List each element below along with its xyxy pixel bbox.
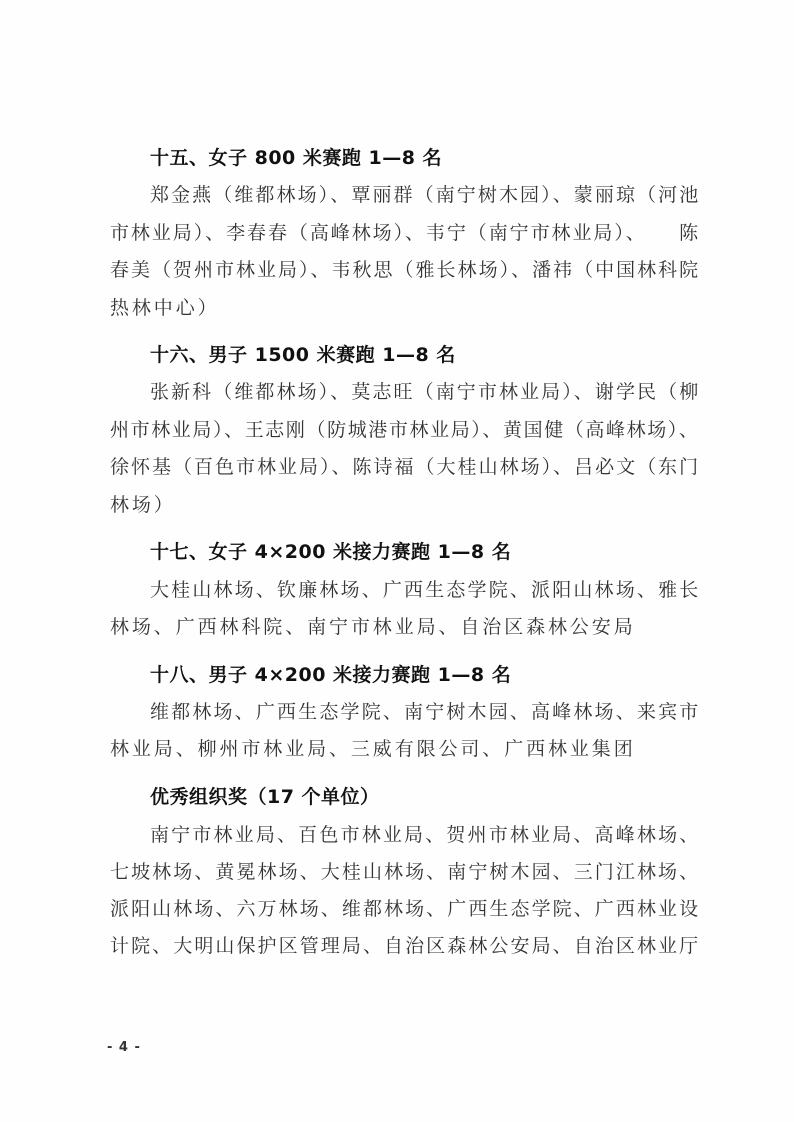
section-heading-18: 十八、男子 4×200 米接力赛跑 1—8 名 <box>150 662 511 688</box>
section-16-line-1: 张新科（维都林场）、莫志旺（南宁市林业局）、谢学民（柳 <box>150 379 700 405</box>
award-line-3: 派阳山林场、六万林场、维都林场、广西生态学院、广西林业设 <box>110 896 700 922</box>
section-16-line-4: 林场） <box>110 492 700 518</box>
document-page: 十五、女子 800 米赛跑 1—8 名 郑金燕（维都林场）、覃丽群（南宁树木园）… <box>0 0 794 1122</box>
section-18-line-1: 维都林场、广西生态学院、南宁树木园、高峰林场、来宾市 <box>150 699 700 725</box>
section-heading-organization-award: 优秀组织奖（17 个单位） <box>150 784 380 810</box>
section-16-line-2: 州市林业局）、王志刚（防城港市林业局）、黄国健（高峰林场）、 <box>110 417 700 443</box>
section-17-line-1: 大桂山林场、钦廉林场、广西生态学院、派阳山林场、雅长 <box>150 577 700 603</box>
award-line-4: 计院、大明山保护区管理局、自治区森林公安局、自治区林业厅 <box>110 933 700 959</box>
section-heading-15: 十五、女子 800 米赛跑 1—8 名 <box>150 145 442 171</box>
section-15-line-1: 郑金燕（维都林场）、覃丽群（南宁树木园）、蒙丽琼（河池 <box>150 182 700 208</box>
section-heading-16: 十六、男子 1500 米赛跑 1—8 名 <box>150 342 456 368</box>
section-17-line-2: 林场、广西林科院、南宁市林业局、自治区森林公安局 <box>110 614 700 640</box>
section-18-line-2: 林业局、柳州市林业局、三威有限公司、广西林业集团 <box>110 736 700 762</box>
award-line-2: 七坡林场、黄冕林场、大桂山林场、南宁树木园、三门江林场、 <box>110 859 700 885</box>
section-15-line-2: 市林业局）、李春春（高峰林场）、韦宁（南宁市林业局）、 陈 <box>110 220 700 246</box>
section-15-line-4: 热林中心） <box>110 295 700 321</box>
section-heading-17: 十七、女子 4×200 米接力赛跑 1—8 名 <box>150 539 511 565</box>
award-line-1: 南宁市林业局、百色市林业局、贺州市林业局、高峰林场、 <box>150 822 700 848</box>
section-16-line-3: 徐怀基（百色市林业局）、陈诗福（大桂山林场）、吕必文（东门 <box>110 454 700 480</box>
page-number: - 4 - <box>107 1040 141 1055</box>
section-15-line-3: 春美（贺州市林业局）、韦秋思（雅长林场）、潘祎（中国林科院 <box>110 257 700 283</box>
